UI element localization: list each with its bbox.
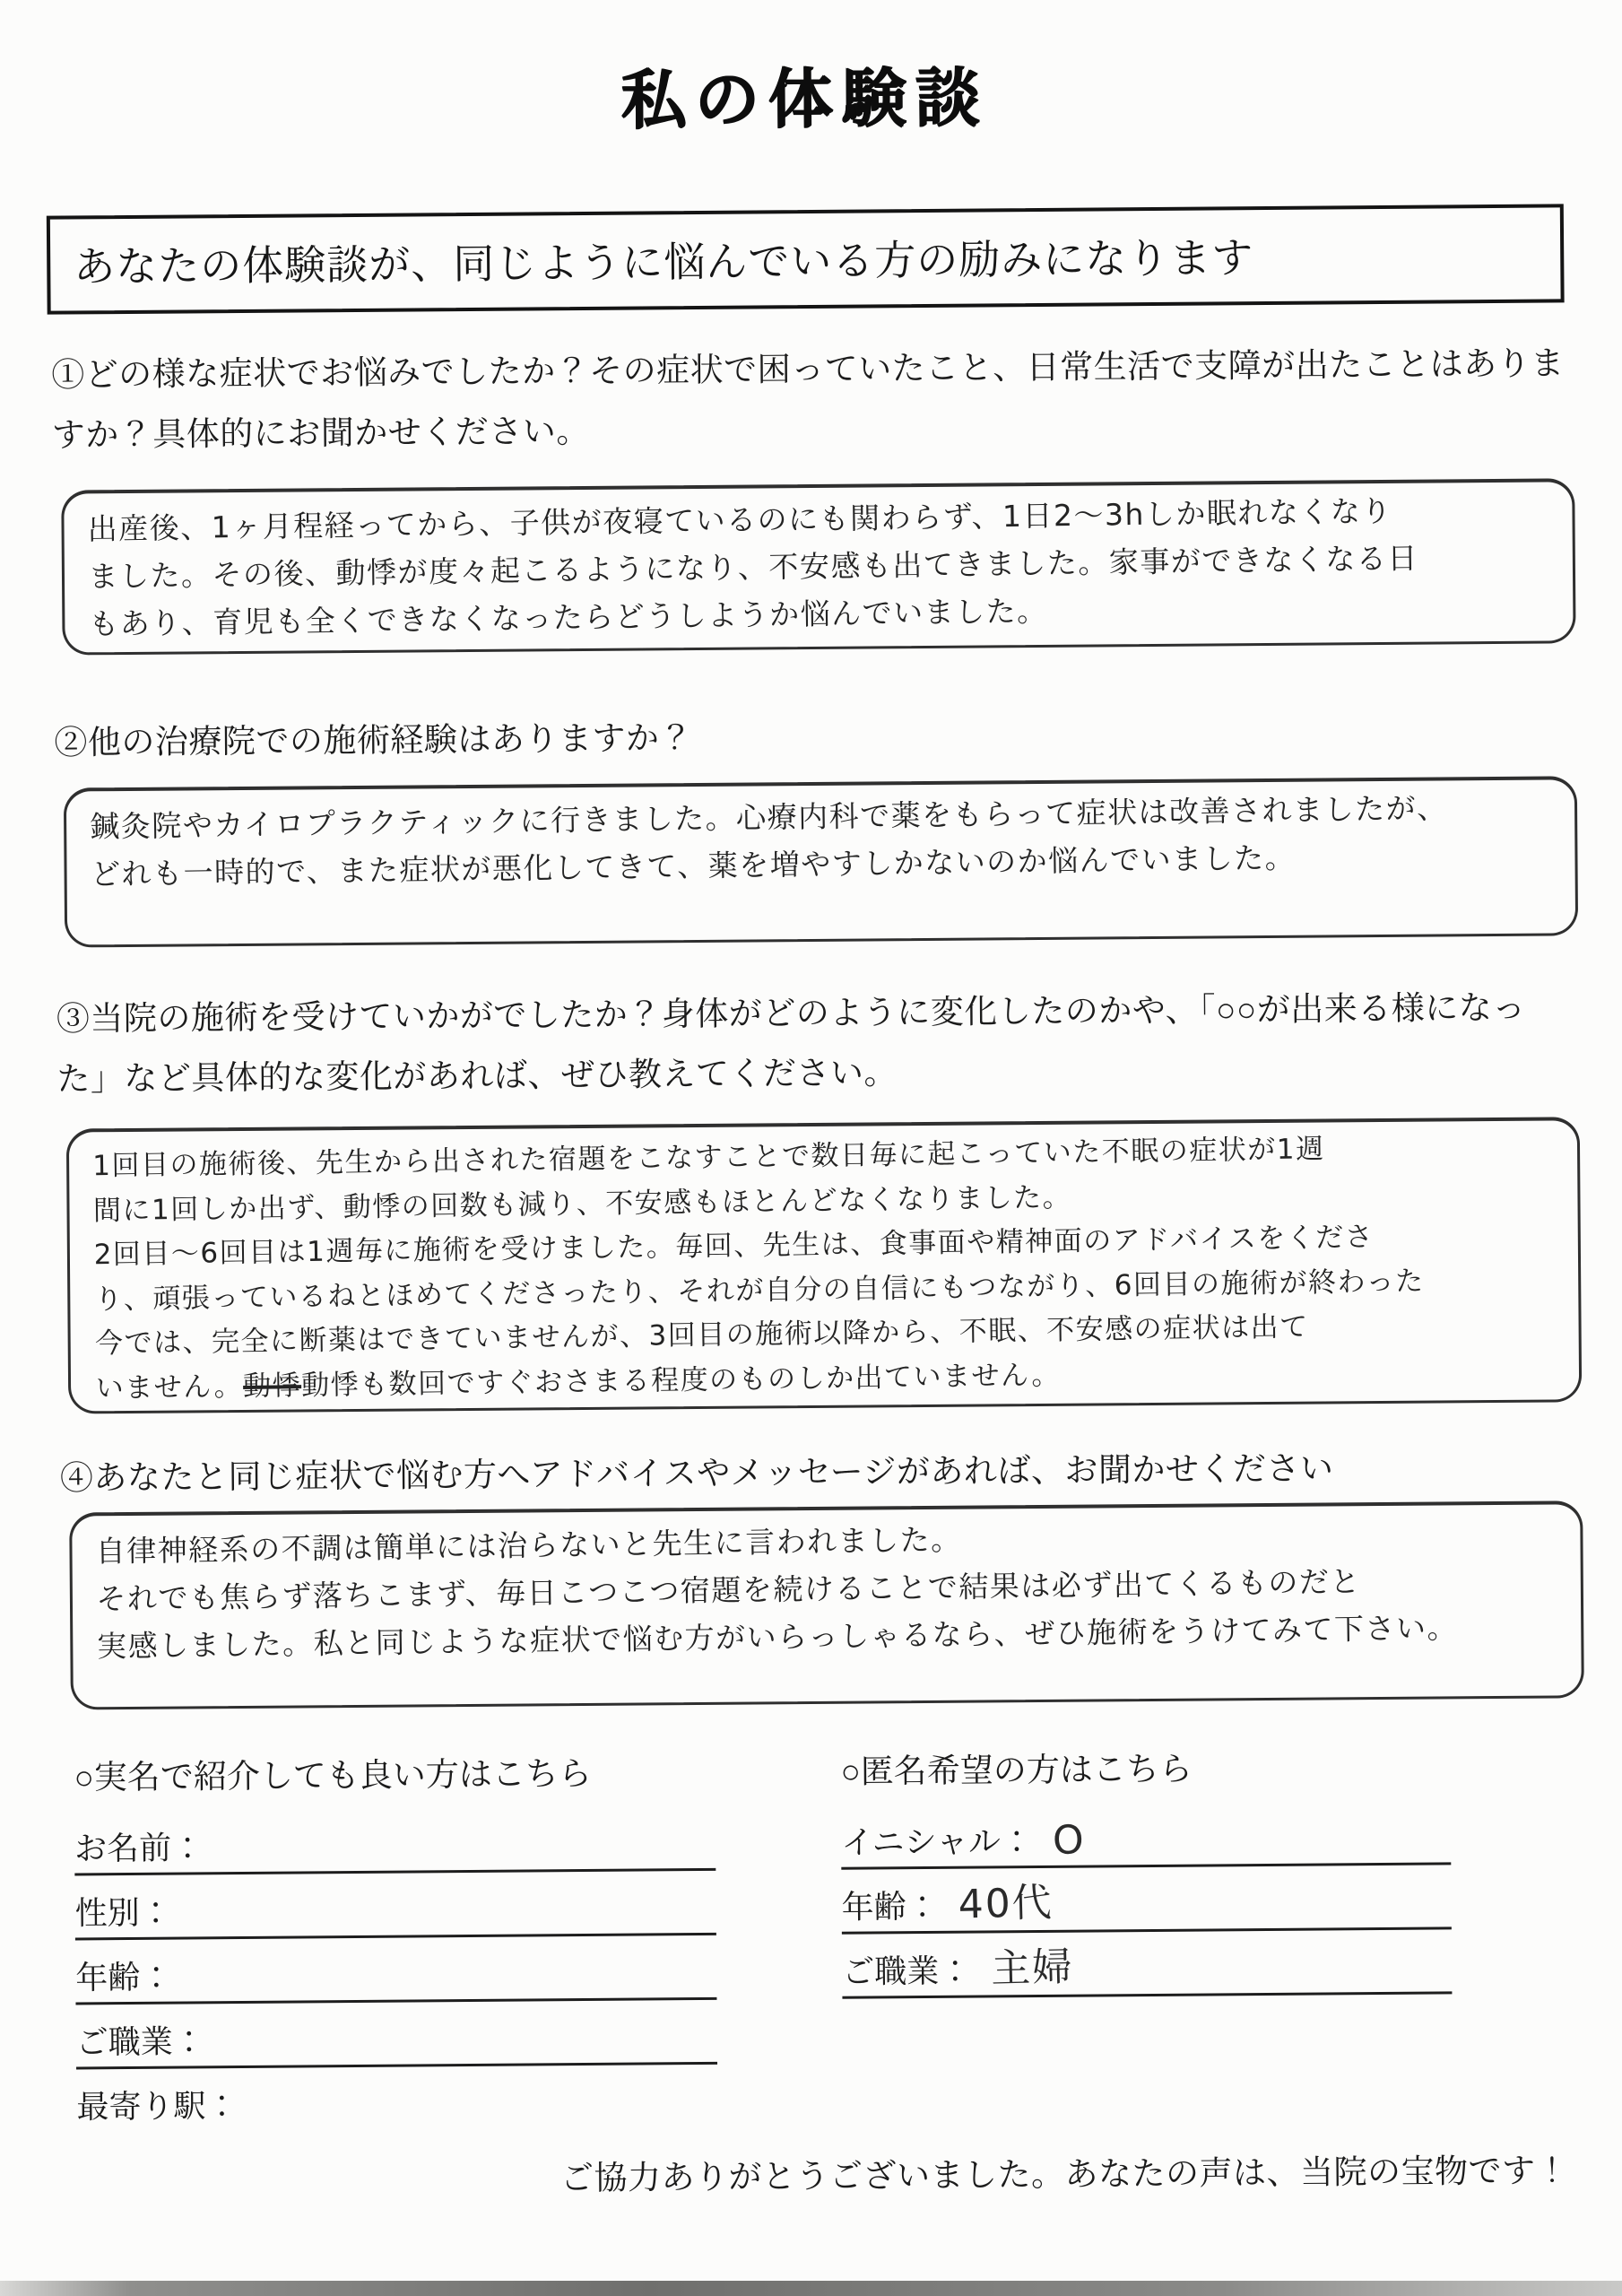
page-title: 私の体験談 [0,40,1616,146]
field-label: ご職業： [76,2016,205,2066]
paper-sheet: 私の体験談 あなたの体験談が、同じように悩んでいる方の励みになります ①どの様な… [0,0,1622,2296]
field-label: ご職業： [842,1946,971,1996]
field-label: イニシャル： [841,1816,1033,1867]
answer-box-2: 鍼灸院やカイロプラクティックに行きました。心療内科で薬をもらって症状は改善されま… [64,776,1578,947]
anonymous-heading: ○匿名希望の方はこちら [840,1739,1450,1792]
anonymous-section: ○匿名希望の方はこちら イニシャル： O 年齢： 40代 ご職業： 主婦 [840,1739,1452,1998]
real-name-section: ○実名で紹介しても良い方はこちら お名前： 性別： 年齢： ご職業： 最寄り駅： [74,1745,717,2132]
field-value [172,1999,192,2002]
field-value [205,2064,225,2066]
handwritten-field-value: 主婦 [970,1935,1074,1996]
field-label: 年齢： [75,1952,172,2003]
handwritten-answer-1: 出産後、1ヶ月程経ってから、子供が夜寝ているのにも関わらず、1日2〜3hしか眠れ… [87,486,1550,648]
question-2-label: ②他の治療院での施術経験はありますか？ [54,700,1571,773]
field-label: 最寄り駅： [76,2081,238,2131]
handwritten-answer-2: 鍼灸院やカイロプラクティックに行きました。心療内科で薬をもらって症状は改善されま… [90,784,1552,899]
answer-box-1: 出産後、1ヶ月程経ってから、子供が夜寝ているのにも関わらず、1日2〜3hしか眠れ… [61,478,1575,655]
handwritten-field-value: 40代 [938,1870,1054,1932]
field-age: 年齢： [75,1935,717,2005]
field-value [239,2128,258,2131]
real-name-heading: ○実名で紹介しても良い方はこちら [74,1745,715,1799]
scanned-testimonial-form: 私の体験談 あなたの体験談が、同じように悩んでいる方の励みになります ①どの様な… [0,0,1622,2296]
field-label: 性別： [74,1888,171,1938]
question-3-label: ③当院の施術を受けていかがでしたか？身体がどのように変化したのかや、「○○が出来… [56,977,1574,1109]
strikethrough-text: 動悸 [243,1370,301,1403]
handwritten-field-value: O [1032,1817,1086,1865]
question-1-label: ①どの様な症状でお悩みでしたか？その症状で困っていたこと、日常生活で支障が出たこ… [51,333,1569,465]
field-occupation: ご職業： [75,2000,717,2070]
answer-box-4: 自律神経系の不調は簡単には治らないと先生に言われました。 それでも焦らず落ちこま… [69,1500,1584,1709]
line-segment: 動悸も数回ですぐおさまる程度のものしか出ていません。 [301,1359,1061,1402]
field-label: 年齢： [841,1882,938,1932]
handwritten-answer-4: 自律神経系の不調は簡単には治らないと先生に言われました。 それでも焦らず落ちこま… [95,1509,1558,1671]
field-label: お名前： [74,1822,204,1873]
field-value [172,1935,192,1937]
handwritten-answer-3: 1回目の施術後、先生から出された宿題をこなすことで数日毎に起こっていた不眠の症状… [92,1125,1557,1412]
field-name: お名前： [74,1806,716,1876]
question-4-label: ④あなたと同じ症状で悩む方へアドバイスやメッセージがあれば、お聞かせください [60,1436,1577,1509]
line-segment: いません。 [96,1370,244,1405]
field-nearest-station: 最寄り駅： [76,2065,718,2132]
thank-you-note: ご協力ありがとうございました。あなたの声は、当院の宝物です！ [560,2143,1569,2199]
banner-box: あなたの体験談が、同じように悩んでいる方の励みになります [47,204,1565,314]
field-age-anon: 年齢： 40代 [841,1865,1452,1934]
answer-box-3: 1回目の施術後、先生から出された宿題をこなすことで数日毎に起こっていた不眠の症状… [66,1117,1582,1413]
field-initial: イニシャル： O [841,1800,1452,1869]
banner-text: あなたの体験談が、同じように悩んでいる方の励みになります [74,223,1537,294]
field-gender: 性別： [74,1871,716,1941]
field-value [204,1870,223,1873]
field-occupation-anon: ご職業： 主婦 [842,1929,1453,1998]
scanner-edge-artifact [0,2281,1622,2296]
